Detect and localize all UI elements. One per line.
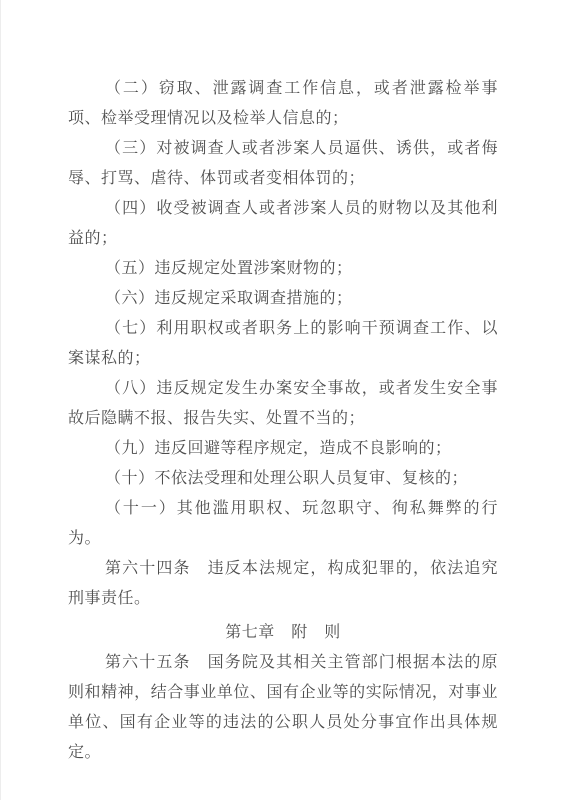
article-paragraph: 第六十四条 违反本法规定，构成犯罪的，依法追究刑事责任。 — [68, 554, 498, 614]
document-page: （二）窃取、泄露调查工作信息，或者泄露检举事项、检举受理情况以及检举人信息的；（… — [0, 0, 565, 800]
clause-paragraph: （六）违反规定采取调查措施的； — [68, 284, 498, 314]
article-paragraph: 第六十五条 国务院及其相关主管部门根据本法的原则和精神，结合事业单位、国有企业等… — [68, 648, 498, 768]
clause-paragraph: （八）违反规定发生办案安全事故，或者发生安全事故后隐瞒不报、报告失实、处置不当的… — [68, 374, 498, 434]
page-edge-line — [0, 0, 1, 800]
clause-paragraph: （十）不依法受理和处理公职人员复审、复核的； — [68, 464, 498, 494]
clause-paragraph: （五）违反规定处置涉案财物的； — [68, 254, 498, 284]
clause-paragraph: （二）窃取、泄露调查工作信息，或者泄露检举事项、检举受理情况以及检举人信息的； — [68, 74, 498, 134]
clause-paragraph: （十一）其他滥用职权、玩忽职守、徇私舞弊的行为。 — [68, 494, 498, 554]
law-text-block: （二）窃取、泄露调查工作信息，或者泄露检举事项、检举受理情况以及检举人信息的；（… — [68, 74, 498, 768]
clause-paragraph: （三）对被调查人或者涉案人员逼供、诱供，或者侮辱、打骂、虐待、体罚或者变相体罚的… — [68, 134, 498, 194]
clause-paragraph: （九）违反回避等程序规定，造成不良影响的； — [68, 434, 498, 464]
clause-paragraph: （四）收受被调查人或者涉案人员的财物以及其他利益的； — [68, 194, 498, 254]
clause-paragraph: （七）利用职权或者职务上的影响干预调查工作、以案谋私的； — [68, 314, 498, 374]
chapter-heading: 第七章 附 则 — [68, 618, 498, 648]
